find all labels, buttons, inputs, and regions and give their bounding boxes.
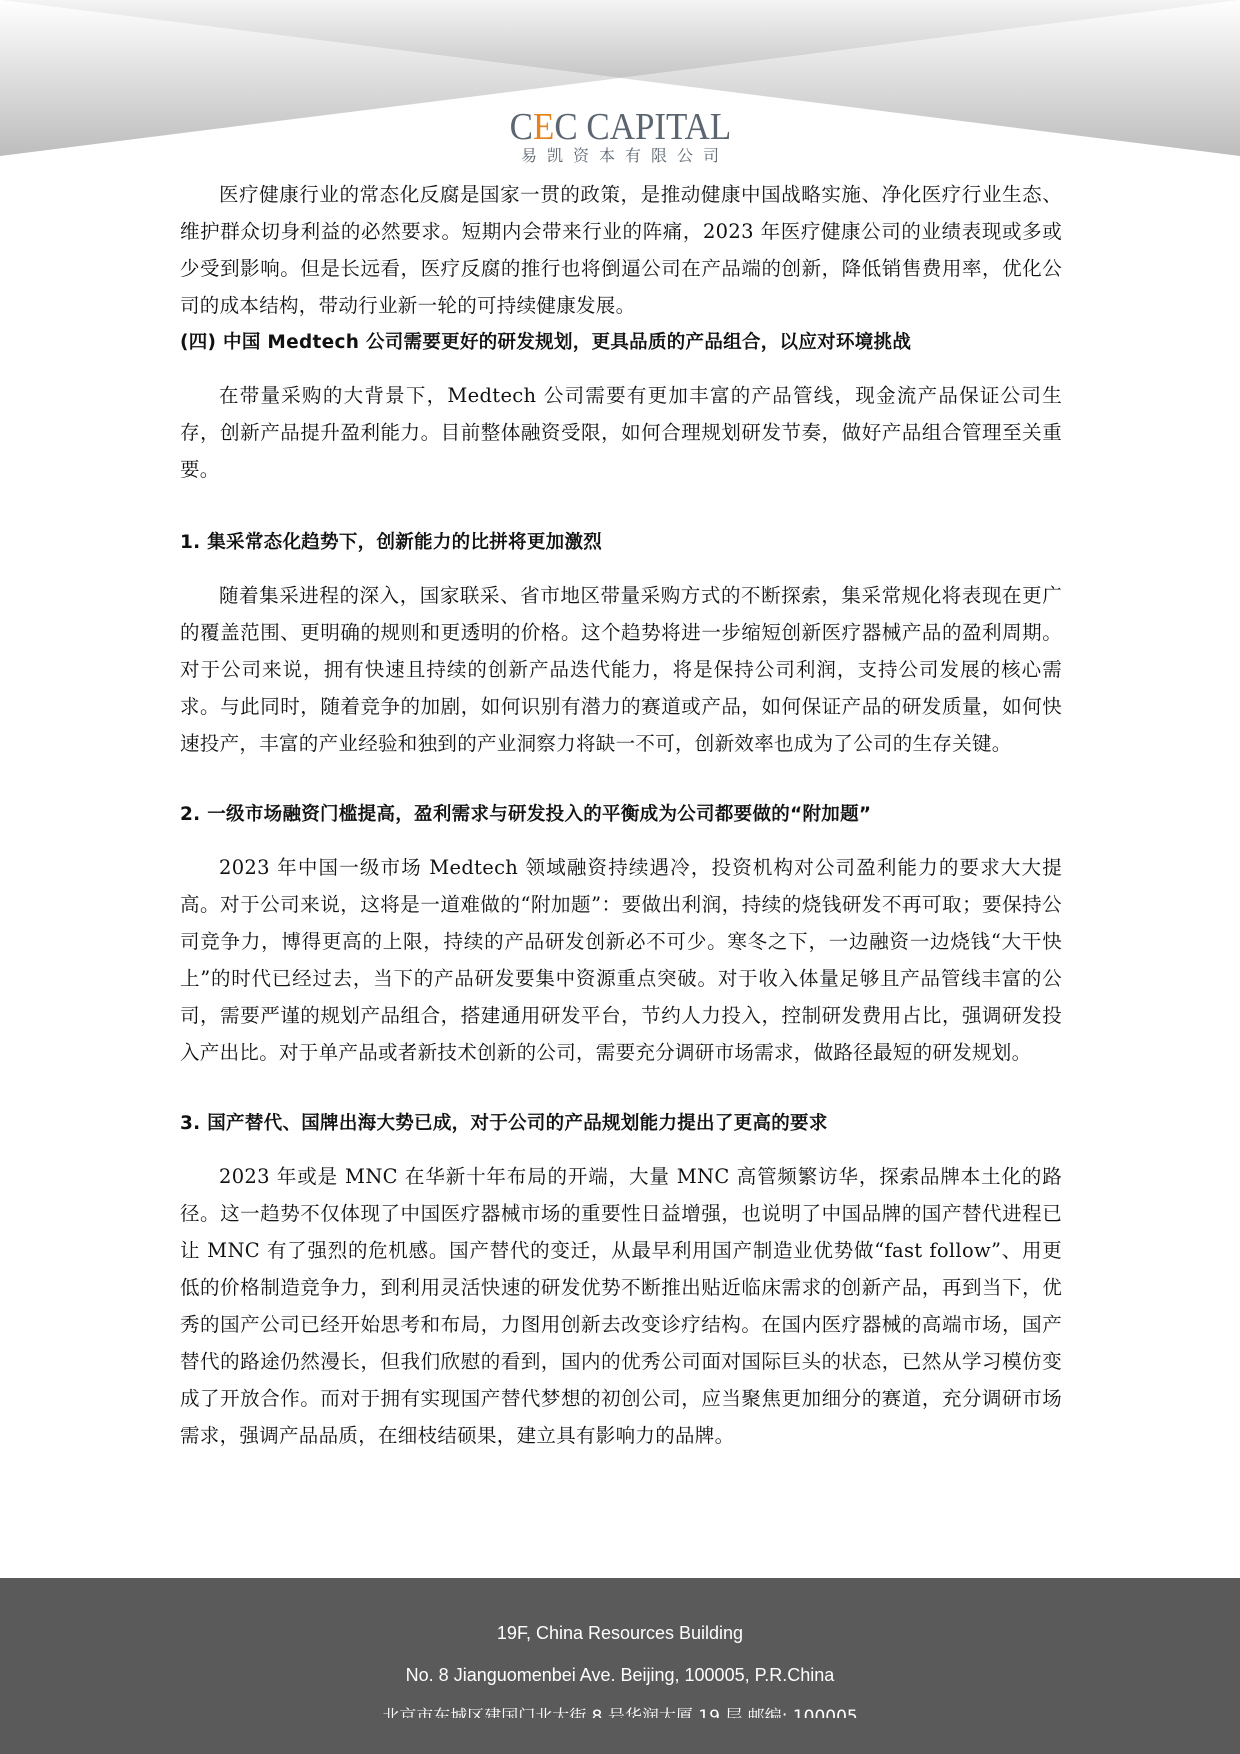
logo-prefix: C <box>509 106 532 148</box>
logo-accent-letter: E <box>533 106 554 148</box>
spacer <box>180 833 1062 849</box>
subsection-3-heading: 3. 国产替代、国牌出海大势已成，对于公司的产品规划能力提出了更高的要求 <box>180 1105 1062 1142</box>
company-logo: CEC CAPITAL 易凯资本有限公司 <box>0 108 1240 166</box>
subsection-2-paragraph: 2023 年中国一级市场 Medtech 领域融资持续遇冷，投资机构对公司盈利能… <box>180 849 1062 1071</box>
spacer <box>180 561 1062 577</box>
spacer <box>180 1142 1062 1158</box>
section-4-paragraph: 在带量采购的大背景下，Medtech 公司需要有更加丰富的产品管线，现金流产品保… <box>180 377 1062 488</box>
logo-wordmark: CEC CAPITAL <box>509 108 731 146</box>
footer-address-line-2: No. 8 Jianguomenbei Ave. Beijing, 100005… <box>0 1664 1240 1686</box>
footer-address-line-1: 19F, China Resources Building <box>0 1622 1240 1644</box>
document-body: 医疗健康行业的常态化反腐是国家一贯的政策，是推动健康中国战略实施、净化医疗行业生… <box>180 176 1062 1454</box>
page-footer: 19F, China Resources Building No. 8 Jian… <box>0 1578 1240 1754</box>
spacer <box>180 488 1062 524</box>
subsection-3-paragraph: 2023 年或是 MNC 在华新十年布局的开端，大量 MNC 高管频繁访华，探索… <box>180 1158 1062 1454</box>
logo-subtitle: 易凯资本有限公司 <box>0 146 1240 166</box>
spacer <box>180 1071 1062 1105</box>
subsection-2-heading: 2. 一级市场融资门槛提高，盈利需求与研发投入的平衡成为公司都要做的“附加题” <box>180 796 1062 833</box>
spacer <box>180 361 1062 377</box>
section-4-heading: (四) 中国 Medtech 公司需要更好的研发规划，更具品质的产品组合，以应对… <box>180 324 1062 361</box>
logo-suffix: C CAPITAL <box>554 106 731 148</box>
subsection-1-heading: 1. 集采常态化趋势下，创新能力的比拼将更加激烈 <box>180 524 1062 561</box>
subsection-1-paragraph: 随着集采进程的深入，国家联采、省市地区带量采购方式的不断探索，集采常规化将表现在… <box>180 577 1062 762</box>
intro-paragraph: 医疗健康行业的常态化反腐是国家一贯的政策，是推动健康中国战略实施、净化医疗行业生… <box>180 176 1062 324</box>
spacer <box>180 762 1062 796</box>
footer-address-line-3-chinese: 北京市东城区建国门北大街 8 号华润大厦 19 层 邮编: 100005 <box>0 1706 1240 1718</box>
